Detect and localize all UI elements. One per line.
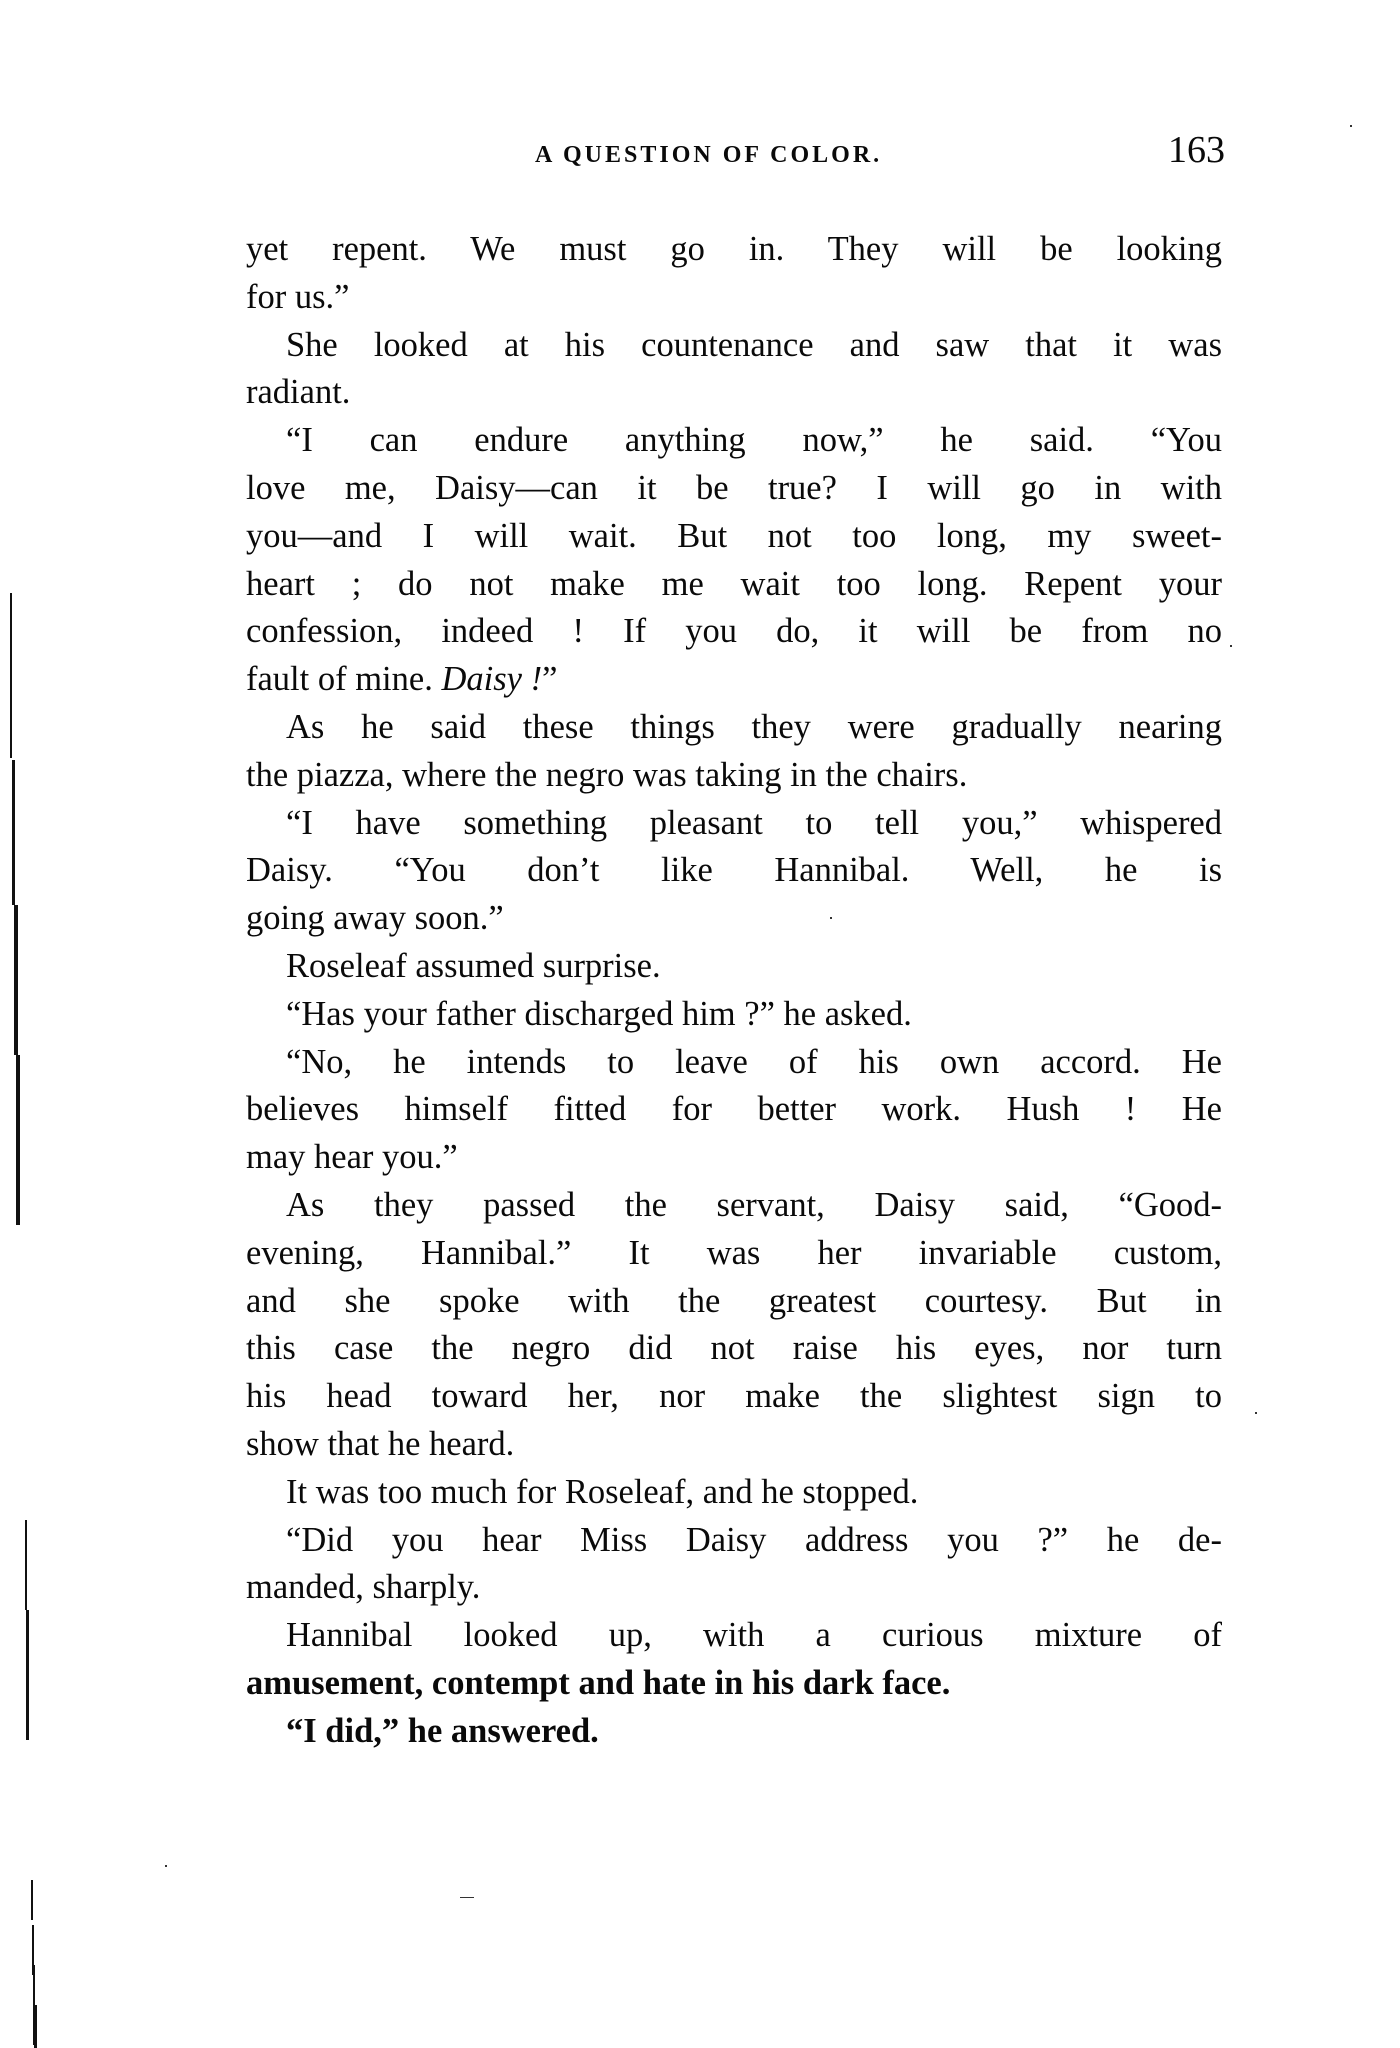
text-line: you—and I will wait. But not too long, m… xyxy=(246,513,1222,561)
text-line: confession, indeed ! If you do, it will … xyxy=(246,608,1222,656)
page-number: 163 xyxy=(1168,128,1225,172)
text-line: his head toward her, nor make the slight… xyxy=(246,1373,1222,1421)
text-line: Roseleaf assumed surprise. xyxy=(246,943,1222,991)
text-line: the piazza, where the negro was taking i… xyxy=(246,752,1222,800)
running-head: A QUESTION OF COLOR. 163 xyxy=(245,128,1225,188)
text-line: “Did you hear Miss Daisy address you ?” … xyxy=(246,1517,1222,1565)
scan-margin-mark xyxy=(12,760,15,905)
scan-speck xyxy=(1255,1412,1257,1414)
text-line: manded, sharply. xyxy=(246,1564,1222,1612)
text-line: for us.” xyxy=(246,274,1222,322)
text-segment: fault of mine. xyxy=(246,660,441,698)
text-line: Daisy. “You don’t like Hannibal. Well, h… xyxy=(246,847,1222,895)
text-line: Hannibal looked up, with a curious mixtu… xyxy=(246,1612,1222,1660)
text-line: fault of mine. Daisy !” xyxy=(246,656,1222,704)
text-line: She looked at his countenance and saw th… xyxy=(246,322,1222,370)
text-line: going away soon.” xyxy=(246,895,1222,943)
scan-speck xyxy=(1350,125,1352,127)
text-line: “I did,” he answered. xyxy=(246,1708,1222,1756)
text-line: “I can endure anything now,” he said. “Y… xyxy=(246,417,1222,465)
scan-speck xyxy=(1230,645,1232,647)
text-line: As he said these things they were gradua… xyxy=(246,704,1222,752)
scan-speck xyxy=(460,1897,474,1898)
body-text: yet repent. We must go in. They will be … xyxy=(246,226,1222,1756)
italic-text: Daisy ! xyxy=(441,660,542,698)
text-line: believes himself fitted for better work.… xyxy=(246,1086,1222,1134)
text-line: and she spoke with the greatest courtesy… xyxy=(246,1278,1222,1326)
text-line: radiant. xyxy=(246,369,1222,417)
running-title: A QUESTION OF COLOR. xyxy=(535,142,882,169)
scan-speck xyxy=(830,917,832,919)
text-line: It was too much for Roseleaf, and he sto… xyxy=(246,1469,1222,1517)
text-line: amusement, contempt and hate in his dark… xyxy=(246,1660,1222,1708)
text-segment: ” xyxy=(542,660,557,698)
text-line: may hear you.” xyxy=(246,1134,1222,1182)
scan-margin-mark xyxy=(10,593,12,758)
text-line: “Has your father discharged him ?” he as… xyxy=(246,991,1222,1039)
text-line: show that he heard. xyxy=(246,1421,1222,1469)
scan-speck xyxy=(165,1865,167,1867)
scan-margin-mark xyxy=(31,1880,33,1920)
text-line: yet repent. We must go in. They will be … xyxy=(246,226,1222,274)
scan-margin-mark xyxy=(26,1610,29,1740)
text-line: love me, Daisy—can it be true? I will go… xyxy=(246,465,1222,513)
scan-margin-mark xyxy=(16,1055,20,1225)
text-line: As they passed the servant, Daisy said, … xyxy=(246,1182,1222,1230)
text-line: heart ; do not make me wait too long. Re… xyxy=(246,561,1222,609)
text-line: “I have something pleasant to tell you,”… xyxy=(246,800,1222,848)
scan-margin-mark xyxy=(34,2005,37,2048)
text-line: evening, Hannibal.” It was her invariabl… xyxy=(246,1230,1222,1278)
scan-margin-mark xyxy=(25,1520,27,1610)
scan-margin-mark xyxy=(14,905,18,1055)
text-line: “No, he intends to leave of his own acco… xyxy=(246,1039,1222,1087)
book-page: A QUESTION OF COLOR. 163 yet repent. We … xyxy=(0,0,1400,2048)
text-line: this case the negro did not raise his ey… xyxy=(246,1325,1222,1373)
